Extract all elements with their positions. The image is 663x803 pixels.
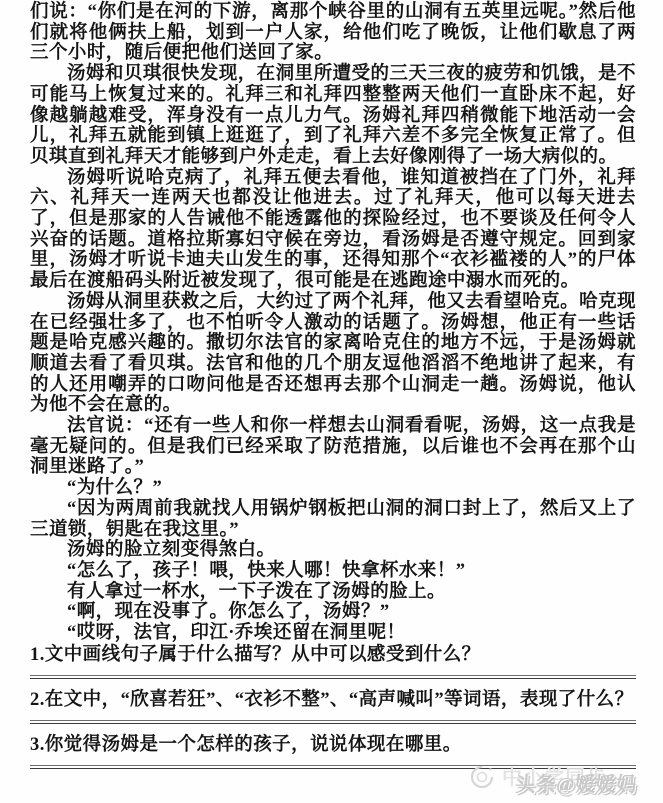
passage-dialogue-line: “哎呀，法官，印江·乔埃还留在洞里呢！	[30, 623, 636, 644]
passage-paragraph: 有人拿过一杯水，一下子泼在了汤姆的脸上。	[30, 582, 636, 603]
question-2-text: 2.在文中，“欣喜若狂”、“衣衫不整”、“高声喊叫”等词语，表现了什么？	[30, 690, 636, 711]
passage-paragraph: 们说：“你们是在河的下游，离那个峡谷里的山洞有五英里远呢。”然后他们就将他俩扶上…	[30, 2, 636, 64]
question-block: 2.在文中，“欣喜若狂”、“衣衫不整”、“高声喊叫”等词语，表现了什么？	[30, 690, 636, 724]
question-3-text: 3.你觉得汤姆是一个怎样的孩子，说说体现在哪里。	[30, 735, 636, 756]
scanned-worksheet-page: 们说：“你们是在河的下游，离那个峡谷里的山洞有五英里远呢。”然后他们就将他俩扶上…	[0, 0, 663, 803]
passage-paragraph: 汤姆听说哈克病了，礼拜五便去看他，谁知道被挡在了门外，礼拜六、礼拜天一连两天也都…	[30, 168, 636, 292]
passage-dialogue-line: “怎么了，孩子！喂，快来人哪！快拿杯水来！”	[30, 561, 636, 582]
question-1-text: 1.文中画线句子属于什么描写？从中可以感受到什么？	[30, 645, 636, 666]
watermark-front-text: 头条@嫒嫒妈	[515, 768, 637, 797]
answer-blank-line	[30, 675, 636, 679]
passage-dialogue-line: “啊，现在没事了。你怎么了，汤姆？”	[30, 602, 636, 623]
passage-dialogue-line: “为什么？”	[30, 478, 636, 499]
passage-paragraph: 法官说：“还有一些人和你一样想去山洞看看呢，汤姆，这一点我是毫无疑问的。但是我们…	[30, 416, 636, 478]
passage-paragraph: 汤姆的脸立刻变得煞白。	[30, 540, 636, 561]
watermark: 中小学同步 头条@嫒嫒妈	[469, 757, 649, 797]
toutiao-swirl-logo-icon	[469, 764, 495, 790]
passage-text: 们说：“你们是在河的下游，离那个峡谷里的山洞有五英里远呢。”然后他们就将他俩扶上…	[30, 2, 636, 769]
passage-paragraph: 汤姆和贝琪很快发现，在洞里所遭受的三天三夜的疲劳和饥饿，是不可能马上恢复过来的。…	[30, 64, 636, 168]
passage-paragraph: “因为两周前我就找人用锅炉钢板把山洞的洞口封上了，然后又上了三道锁，钥匙在我这里…	[30, 499, 636, 540]
question-block: 1.文中画线句子属于什么描写？从中可以感受到什么？	[30, 645, 636, 679]
comprehension-questions: 1.文中画线句子属于什么描写？从中可以感受到什么？ 2.在文中，“欣喜若狂”、“…	[30, 645, 636, 769]
answer-blank-line	[30, 720, 636, 724]
passage-paragraph: 汤姆从洞里获救之后，大约过了两个礼拜，他又去看望哈克。哈克现在已经强壮多了，也不…	[30, 292, 636, 416]
